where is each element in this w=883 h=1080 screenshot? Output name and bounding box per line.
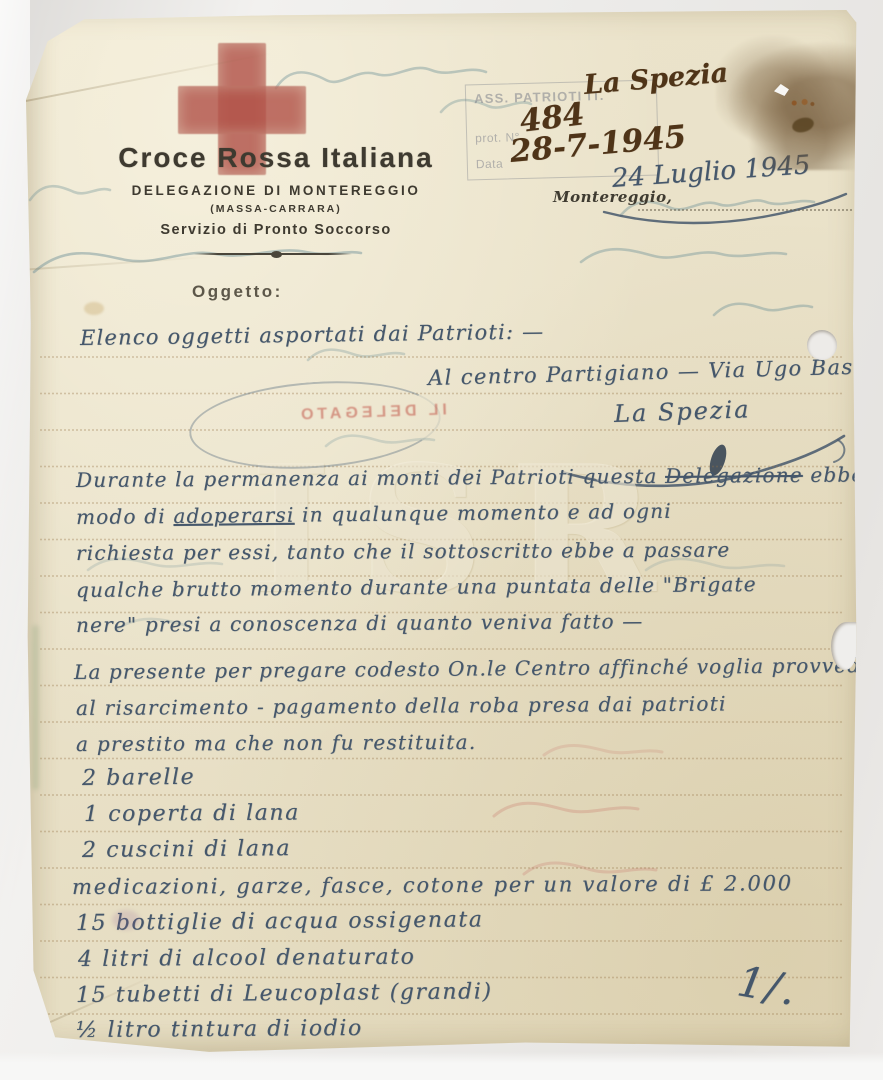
dateline-dotted-rule [638, 189, 852, 211]
paragraph-line: al risarcimento - pagamento della roba p… [76, 691, 727, 720]
paragraph-line: richiesta per essi, tanto che il sottosc… [76, 538, 731, 565]
underlined-word: adoperarsi [173, 503, 294, 528]
letterhead: Croce Rossa Italiana DELEGAZIONE DI MONT… [84, 142, 468, 238]
province-line: (MASSA-CARRARA) [84, 203, 468, 215]
recipient-city: La Spezia [614, 395, 751, 428]
yellow-stain-spot [84, 302, 104, 315]
service-line: Servizio di Pronto Soccorso [84, 222, 468, 238]
list-item-line: 2 cuscini di lana [82, 836, 291, 863]
page-mark: 1/. [734, 956, 802, 1015]
list-item-line: 2 barelle [82, 765, 195, 791]
list-item-line: 4 litri di alcool denaturato [78, 945, 416, 972]
letter-paper: ISR Croce Rossa Italiana DELEGAZIONE DI … [26, 10, 858, 1054]
purple-smudge [112, 910, 140, 930]
right-edge-tear [831, 622, 857, 670]
rust-specks [789, 98, 815, 108]
red-cross-stamp [178, 86, 306, 134]
delegation-line: DELEGAZIONE DI MONTEREGGIO [84, 183, 468, 198]
subject-label: Oggetto: [192, 282, 283, 302]
org-name: Croce Rossa Italiana [84, 142, 468, 174]
paragraph-text: ebbe [803, 462, 865, 486]
paragraph-text: Durante la permanenza ai monti dei Patri… [76, 464, 665, 492]
paragraph-text: in qualunque momento e ad ogni [294, 499, 672, 527]
paragraph-line: a prestito ma che non fu restituita. [76, 730, 477, 756]
list-item-line: ½ litro tintura di iodio [76, 1016, 363, 1043]
green-margin-streak [32, 625, 39, 790]
scan-background: ISR Croce Rossa Italiana DELEGAZIONE DI … [0, 0, 883, 1080]
paragraph-line: nere" presi a conoscenza di quanto veniv… [76, 609, 644, 637]
punch-hole [807, 330, 837, 360]
date-label: Data [476, 157, 504, 172]
list-item-line: 1 coperta di lana [84, 800, 300, 827]
letterhead-divider [194, 253, 352, 255]
struck-word: Delegazione [665, 463, 803, 488]
list-item-line: medicazioni, garze, fasce, cotone per un… [72, 871, 793, 899]
paragraph-text: modo di [76, 504, 174, 529]
